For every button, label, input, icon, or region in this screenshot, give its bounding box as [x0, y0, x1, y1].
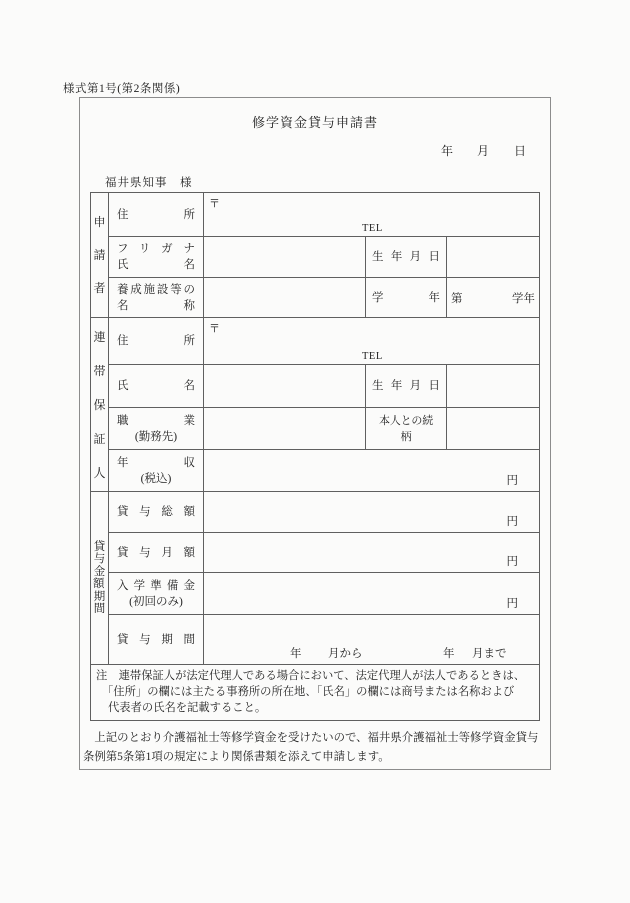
field-applicant-grade: 第 学年 [447, 278, 540, 318]
period-to-month-label: 月まで [472, 645, 507, 661]
field-loan-period: 年 月から 年 月まで [204, 615, 540, 665]
label-applicant-address: 住所 [109, 193, 204, 237]
period-from-year-label: 年 [290, 645, 302, 661]
field-guarantor-occupation [204, 408, 366, 450]
field-loan-monthly: 円 [204, 533, 540, 573]
label-loan-period: 貸与期間 [109, 615, 204, 665]
yen-unit: 円 [507, 556, 519, 568]
grade-prefix: 第 [451, 290, 463, 306]
field-guarantor-birthdate [447, 365, 540, 408]
label-loan-monthly: 貸与月額 [109, 533, 204, 573]
note-line-2: 「住所」の欄には主たる事務所の所在地、「氏名」の欄には商号または名称および [96, 684, 534, 700]
label-applicant-birthdate: 生年月日 [366, 237, 447, 278]
grade-suffix: 学年 [512, 290, 535, 306]
label-applicant-grade: 学年 [366, 278, 447, 318]
form-title: 修学資金貸与申請書 [80, 112, 550, 131]
note-cell: 注 連帯保証人が法定代理人である場合において、法定代理人が法人であるときは、 「… [91, 665, 540, 721]
label-loan-preparation: 入学準備金 (初回のみ) [109, 573, 204, 615]
date-line: 年 月 日 [80, 142, 550, 158]
yen-unit: 円 [507, 598, 519, 610]
note-line-3: 代表者の氏名を記載すること。 [96, 700, 534, 716]
field-guarantor-relation [447, 408, 540, 450]
addressee: 福井県知事 様 [105, 174, 193, 190]
label-applicant-school: 養成施設等の 名称 [109, 278, 204, 318]
period-to-year-label: 年 [443, 645, 455, 661]
field-guarantor-income: 円 [204, 450, 540, 492]
group-label-loan: 貸与金額・期間 [91, 492, 109, 665]
label-applicant-name: フリガナ 氏名 [109, 237, 204, 278]
note-line-1: 注 連帯保証人が法定代理人である場合において、法定代理人が法人であるときは、 [96, 668, 534, 684]
closing-statement: 上記のとおり介護福祉士等修学資金を受けたいので、福井県介護福祉士等修学資金貸与 … [83, 729, 548, 767]
field-guarantor-address: 〒 TEL [204, 318, 540, 365]
label-guarantor-name: 氏名 [109, 365, 204, 408]
group-label-applicant: 申請者 [91, 193, 109, 318]
label-guarantor-birthdate: 生年月日 [366, 365, 447, 408]
date-year-label: 年 [441, 142, 453, 159]
label-guarantor-occupation: 職業 (勤務先) [109, 408, 204, 450]
form-page: 様式第1号(第2条関係) 修学資金貸与申請書 年 月 日 福井県知事 様 申請者 [0, 0, 630, 903]
form-outer-box: 修学資金貸与申請書 年 月 日 福井県知事 様 申請者 [79, 97, 551, 770]
closing-line-2: 条例第5条第1項の規定により関係書類を添えて申請します。 [83, 748, 548, 767]
tel-label: TEL [362, 351, 383, 362]
date-day-label: 日 [514, 142, 526, 159]
field-applicant-address: 〒 TEL [204, 193, 540, 237]
label-guarantor-income: 年収 (税込) [109, 450, 204, 492]
postal-mark-icon: 〒 [209, 320, 220, 336]
field-applicant-school [204, 278, 366, 318]
field-loan-preparation: 円 [204, 573, 540, 615]
label-guarantor-relation: 本人との続柄 [366, 408, 447, 450]
yen-unit: 円 [507, 516, 519, 528]
label-loan-total: 貸与総額 [109, 492, 204, 533]
field-applicant-name [204, 237, 366, 278]
postal-mark-icon: 〒 [209, 195, 220, 211]
field-applicant-birthdate [447, 237, 540, 278]
closing-line-1: 上記のとおり介護福祉士等修学資金を受けたいので、福井県介護福祉士等修学資金貸与 [83, 729, 548, 748]
field-guarantor-name [204, 365, 366, 408]
field-loan-total: 円 [204, 492, 540, 533]
application-table: 申請者 住所 〒 TEL フリガナ 氏名 [90, 192, 540, 721]
form-number: 様式第1号(第2条関係) [63, 80, 180, 96]
yen-unit: 円 [507, 475, 519, 487]
tel-label: TEL [362, 223, 383, 234]
period-from-month-label: 月から [328, 645, 363, 661]
date-month-label: 月 [477, 142, 489, 159]
label-guarantor-address: 住所 [109, 318, 204, 365]
group-label-guarantor: 連帯保証人 [91, 318, 109, 492]
